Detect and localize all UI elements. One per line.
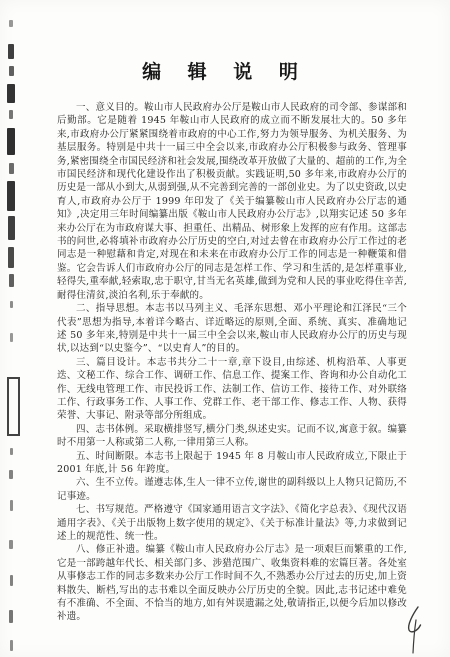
scan-smudge	[10, 640, 13, 651]
paragraph-1-purpose: 一、意义目的。鞍山市人民政府办公厅是鞍山市人民政府的司令部、参谋部和后勤部。它是…	[57, 101, 407, 302]
scan-smudge	[10, 575, 13, 586]
scan-smudge	[9, 20, 13, 27]
page-title: 编 辑 说 明	[0, 57, 450, 84]
scan-smudge	[7, 128, 15, 155]
paragraph-7-writing-norms: 七、书写规范。严格遵守《国家通用语言文字法》、《简化字总表》、《现代汉语通用字表…	[57, 503, 407, 543]
scan-smudge	[10, 448, 13, 455]
handwritten-page-number	[396, 604, 428, 656]
binding-edge-artifacts	[0, 0, 20, 657]
scan-smudge	[9, 274, 14, 287]
scanned-document-page: 编 辑 说 明 一、意义目的。鞍山市人民政府办公厅是鞍山市人民政府的司令部、参谋…	[0, 0, 450, 657]
paragraph-3-chapter-design: 三、篇目设计。本志书共分二十一章,章下设目,由综述、机构沿革、人事更迭、文秘工作…	[57, 356, 407, 423]
scan-smudge	[8, 216, 15, 240]
paragraph-4-style: 四、志书体例。采取横排竖写,横分门类,纵述史实。记而不议,寓意于叙。编纂时不用第…	[57, 423, 407, 450]
scan-smudge	[9, 610, 13, 623]
scan-smudge	[10, 301, 13, 308]
paragraph-8-corrections: 八、修正补遗。编纂《鞍山市人民政府办公厅志》是一项艰巨而繁重的工作,它是一部跨越…	[57, 543, 407, 623]
paragraph-6-no-biographies: 六、生不立传。谨遵志体,生人一律不立传,谢世的副科级以上人物只记简历,不记事迹。	[57, 476, 407, 503]
scan-box-outline	[7, 377, 20, 436]
scan-smudge	[10, 333, 13, 342]
paragraph-5-time-span: 五、时间断限。本志书上限起于 1945 年 8 月鞍山市人民政府成立,下限止于 …	[57, 450, 407, 477]
scan-smudge	[7, 84, 15, 103]
scan-smudge	[9, 110, 13, 119]
scan-smudge	[9, 540, 13, 549]
scan-smudge	[9, 470, 13, 479]
document-body: 一、意义目的。鞍山市人民政府办公厅是鞍山市人民政府的司令部、参谋部和后勤部。它是…	[57, 101, 407, 624]
scan-smudge	[10, 500, 13, 511]
paragraph-2-guiding-ideology: 二、指导思想。本志书以马列主义、毛泽东思想、邓小平理论和江泽民“三个代表”思想为…	[57, 302, 407, 356]
scan-smudge	[8, 247, 14, 268]
scan-smudge	[7, 181, 15, 211]
scan-smudge	[9, 163, 14, 174]
